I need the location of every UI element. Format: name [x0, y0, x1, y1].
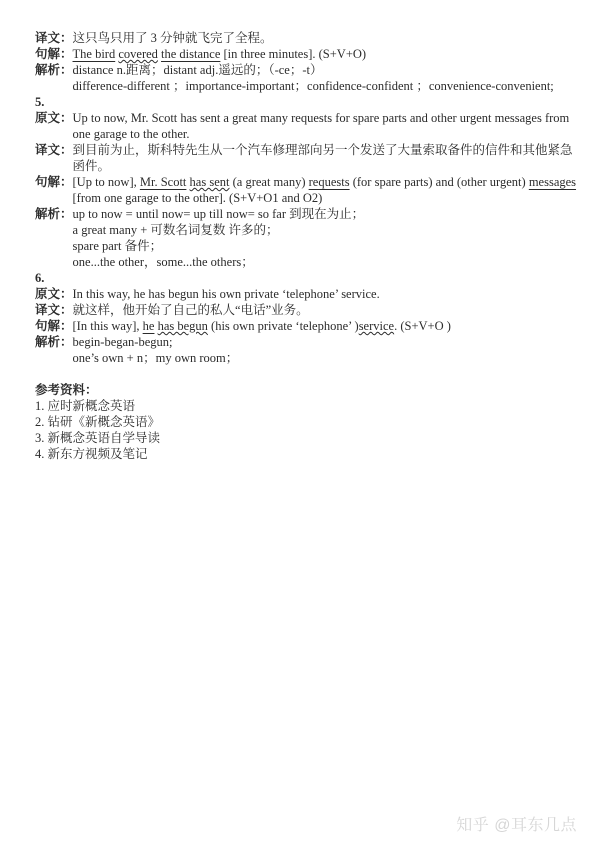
text-segment: [from one garage to the other]. (S+V+O1 … [73, 191, 323, 205]
entry-body: 到目前为止，斯科特先生从一个汽车修理部向另一个发送了大量索取备件的信件和其他紧急… [73, 142, 580, 174]
entry-label: 译文： [35, 142, 73, 158]
entry-line: difference-different ；importance-importa… [73, 78, 580, 94]
entry-line: one garage to the other. [73, 126, 580, 142]
text-segment: 就这样，他开始了自己的私人“电话”业务。 [73, 303, 309, 317]
entry-label: 原文： [35, 110, 73, 126]
entry-line: begin-began-begun; [73, 334, 580, 350]
text-segment: (his own private ‘telephone’ ) [208, 319, 359, 333]
entry-body: distance n.距离；distant adj.遥远的；（-ce；-t）di… [73, 62, 580, 94]
entry-body: up to now = until now= up till now= so f… [73, 206, 580, 270]
reference-item: 3. 新概念英语自学导读 [35, 430, 580, 446]
text-segment: 函件。 [73, 159, 111, 173]
text-segment: messages [529, 175, 576, 189]
entry-line: distance n.距离；distant adj.遥远的；（-ce；-t） [73, 62, 580, 78]
entry-label: 句解： [35, 46, 73, 62]
reference-item: 1. 应时新概念英语 [35, 398, 580, 414]
text-segment: (a great many) [229, 175, 308, 189]
text-segment: begin-began-begun; [73, 335, 173, 349]
text-segment: one garage to the other. [73, 127, 190, 141]
entry-line: spare part 备件； [73, 238, 580, 254]
text-segment: Mr. Scott [140, 175, 187, 189]
entry-label: 译文： [35, 302, 73, 318]
entry-line: 到目前为止，斯科特先生从一个汽车修理部向另一个发送了大量索取备件的信件和其他紧急 [73, 142, 580, 158]
entry-row: 原文：In this way, he has begun his own pri… [35, 286, 580, 302]
section-number: 6. [35, 270, 580, 286]
entry-line: In this way, he has begun his own privat… [73, 286, 580, 302]
entry-body: The bird covered the distance [in three … [73, 46, 580, 62]
text-segment: one’s own + n；my own room； [73, 351, 239, 365]
entry-row: 句解：[In this way], he has begun (his own … [35, 318, 580, 334]
text-segment: covered [118, 47, 158, 61]
text-segment: 到目前为止，斯科特先生从一个汽车修理部向另一个发送了大量索取备件的信件和其他紧急 [73, 143, 573, 157]
entry-line: 就这样，他开始了自己的私人“电话”业务。 [73, 302, 580, 318]
text-segment: Up to now, Mr. Scott has sent a great ma… [73, 111, 570, 125]
text-segment: (for spare parts) and (other urgent) [350, 175, 529, 189]
text-segment: [in three minutes]. (S+V+O) [220, 47, 366, 61]
text-segment: difference-different ；importance-importa… [73, 79, 554, 93]
blank-line [35, 366, 580, 382]
entry-label: 解析： [35, 206, 73, 222]
text-segment: the distance [161, 47, 220, 61]
text-segment: has sent [190, 175, 230, 189]
entry-row: 解析：distance n.距离；distant adj.遥远的；（-ce；-t… [35, 62, 580, 94]
entry-line: [from one garage to the other]. (S+V+O1 … [73, 190, 580, 206]
entry-label: 解析： [35, 334, 73, 350]
entry-line: 这只鸟只用了 3 分钟就飞完了全程。 [73, 30, 580, 46]
entry-line: one’s own + n；my own room； [73, 350, 580, 366]
entry-label: 解析： [35, 62, 73, 78]
reference-item: 4. 新东方视频及笔记 [35, 446, 580, 462]
entry-body: 这只鸟只用了 3 分钟就飞完了全程。 [73, 30, 580, 46]
entry-row: 原文：Up to now, Mr. Scott has sent a great… [35, 110, 580, 142]
entry-body: In this way, he has begun his own privat… [73, 286, 580, 302]
entry-body: 就这样，他开始了自己的私人“电话”业务。 [73, 302, 580, 318]
entry-body: [In this way], he has begun (his own pri… [73, 318, 580, 334]
text-segment: The bird [73, 47, 116, 61]
entry-label: 译文： [35, 30, 73, 46]
text-segment: [In this way], [73, 319, 143, 333]
entry-body: Up to now, Mr. Scott has sent a great ma… [73, 110, 580, 142]
entry-label: 原文： [35, 286, 73, 302]
entry-row: 译文：这只鸟只用了 3 分钟就飞完了全程。 [35, 30, 580, 46]
text-segment: 这只鸟只用了 3 分钟就飞完了全程。 [73, 31, 273, 45]
text-segment: a great many + 可数名词复数 许多的； [73, 223, 279, 237]
section-number: 5. [35, 94, 580, 110]
zhihu-watermark: 知乎 @耳东几点 [456, 812, 577, 835]
entry-row: 解析：up to now = until now= up till now= s… [35, 206, 580, 270]
references-heading: 参考资料： [35, 382, 580, 398]
entry-line: The bird covered the distance [in three … [73, 46, 580, 62]
text-segment: distance n.距离；distant adj.遥远的；（-ce；-t） [73, 63, 323, 77]
entry-line: Up to now, Mr. Scott has sent a great ma… [73, 110, 580, 126]
reference-item: 2. 钻研《新概念英语》 [35, 414, 580, 430]
entry-label: 句解： [35, 318, 73, 334]
entry-row: 解析：begin-began-begun;one’s own + n；my ow… [35, 334, 580, 366]
entry-body: [Up to now], Mr. Scott has sent (a great… [73, 174, 580, 206]
entry-line: a great many + 可数名词复数 许多的； [73, 222, 580, 238]
text-segment: he [143, 319, 155, 333]
entry-line: up to now = until now= up till now= so f… [73, 206, 580, 222]
text-segment: up to now = until now= up till now= so f… [73, 207, 365, 221]
entry-body: begin-began-begun;one’s own + n；my own r… [73, 334, 580, 366]
entry-row: 句解：The bird covered the distance [in thr… [35, 46, 580, 62]
entry-row: 译文：到目前为止，斯科特先生从一个汽车修理部向另一个发送了大量索取备件的信件和其… [35, 142, 580, 174]
text-segment: one...the other，some...the others； [73, 255, 254, 269]
entry-line: [In this way], he has begun (his own pri… [73, 318, 580, 334]
entry-row: 句解：[Up to now], Mr. Scott has sent (a gr… [35, 174, 580, 206]
entry-label: 句解： [35, 174, 73, 190]
text-segment: service [359, 319, 394, 333]
entry-line: 函件。 [73, 158, 580, 174]
entry-row: 译文：就这样，他开始了自己的私人“电话”业务。 [35, 302, 580, 318]
text-segment: has begun [158, 319, 208, 333]
text-segment: . (S+V+O ) [394, 319, 451, 333]
text-segment: requests [309, 175, 350, 189]
document-body: 译文：这只鸟只用了 3 分钟就飞完了全程。句解：The bird covered… [35, 30, 580, 462]
entry-line: [Up to now], Mr. Scott has sent (a great… [73, 174, 580, 190]
text-segment: In this way, he has begun his own privat… [73, 287, 380, 301]
text-segment: spare part 备件； [73, 239, 163, 253]
text-segment: [Up to now], [73, 175, 140, 189]
entry-line: one...the other，some...the others； [73, 254, 580, 270]
